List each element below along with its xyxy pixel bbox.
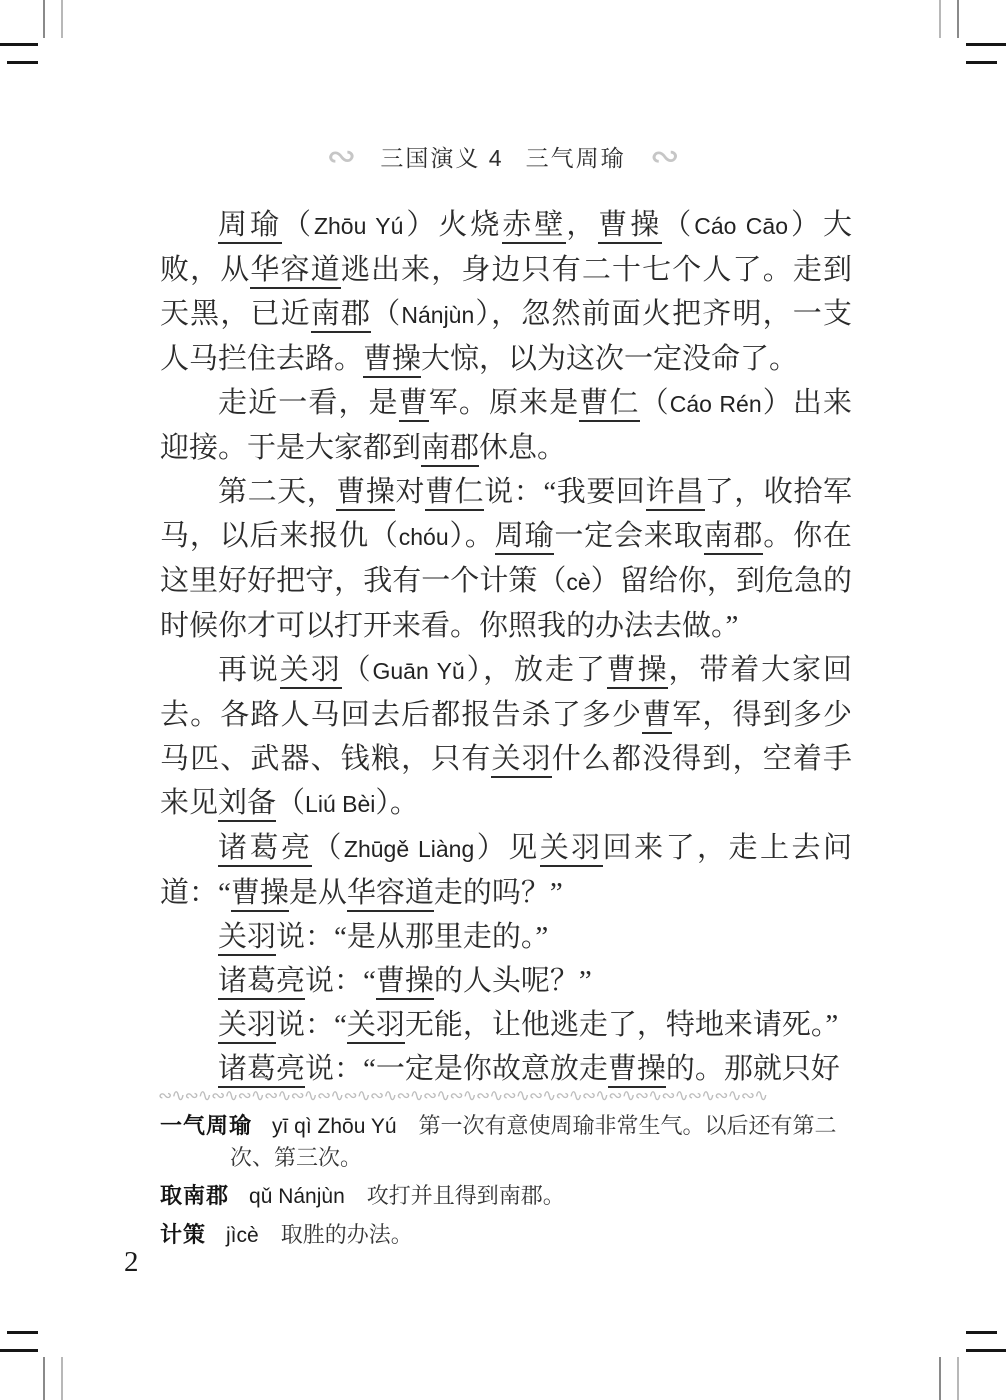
crop-mark-top-right-v1 (939, 0, 941, 38)
proper-noun: 周瑜 (218, 209, 282, 244)
body-run: 一定会来取 (554, 520, 703, 552)
proper-noun: 曹 (399, 387, 429, 422)
pinyin-text: Liú Bèi (305, 791, 375, 817)
pinyin-text: Cáo Cāo (694, 213, 788, 239)
proper-noun: 曹操 (607, 654, 669, 689)
vocab-term: 计策 (160, 1222, 206, 1247)
pinyin-text: Guān Yǔ (373, 658, 465, 684)
proper-noun: 关羽 (218, 921, 276, 956)
proper-noun: 关羽 (218, 1009, 276, 1044)
vocab-entry: 一气周瑜yī qì Zhōu Yú第一次有意使周瑜非常生气。以后还有第二次、第三… (160, 1110, 860, 1173)
pinyin-text: Zhōu Yú (314, 213, 404, 239)
crop-mark-bottom-right-h2 (966, 1349, 1006, 1352)
proper-noun: 曹操 (608, 1053, 666, 1088)
body-run: 说：“一定是你故意放走 (305, 1053, 608, 1085)
pinyin-text: Cáo Rén (670, 391, 762, 417)
proper-noun: 关羽 (540, 832, 603, 867)
body-run: 对 (395, 476, 425, 508)
proper-noun: 诸葛亮 (218, 832, 312, 867)
crop-mark-bottom-left-v2 (61, 1357, 63, 1400)
proper-noun: 南郡 (704, 520, 764, 555)
crop-mark-bottom-left-h1 (7, 1331, 38, 1334)
crop-mark-bottom-right-h1 (966, 1331, 997, 1334)
chapter-title: 三气周瑜 (526, 140, 626, 173)
body-run: ， (566, 209, 598, 241)
header-ornament-left-icon: ∾ (326, 147, 356, 167)
page-header: ∾ 三国演义 4 三气周瑜 ∾ (0, 140, 1006, 173)
crop-mark-top-right-h2 (966, 61, 997, 64)
proper-noun: 关羽 (347, 1009, 405, 1044)
proper-noun: 关羽 (280, 654, 342, 689)
vocab-definition: 攻打并且得到南郡。 (367, 1183, 565, 1208)
body-run: 说：“ (276, 1009, 347, 1041)
body-text: 周瑜（Zhōu Yú）火烧赤壁，曹操（Cáo Cāo）大败，从华容道逃出来，身边… (160, 203, 852, 1091)
proper-noun: 南郡 (421, 432, 479, 467)
body-run: 是从 (289, 877, 347, 909)
paragraph: 走近一看，是曹军。原来是曹仁（Cáo Rén）出来迎接。于是大家都到南郡休息。 (160, 381, 852, 470)
vocab-pinyin: jìcè (226, 1224, 259, 1247)
body-run: （Zhūgě Liàng）见 (312, 832, 539, 864)
crop-mark-bottom-left-h2 (0, 1349, 38, 1352)
proper-noun: 曹 (642, 699, 672, 734)
vocab-entry: 取南郡qǔ Nánjùn攻打并且得到南郡。 (160, 1180, 860, 1212)
paragraph: 关羽说：“关羽无能，让他逃走了，特地来请死。” (160, 1003, 852, 1047)
pinyin-text: Nánjùn (401, 302, 474, 328)
body-run: 休息。 (479, 432, 566, 464)
crop-mark-top-left-h2 (7, 61, 38, 64)
header-ornament-right-icon: ∾ (650, 147, 680, 167)
proper-noun: 华容道 (347, 877, 434, 912)
running-head-title: 三国演义 4 三气周瑜 (380, 140, 625, 173)
footnote-divider-ornament: ∾∿∾∿∾∿∾∿∾∿∾∿∾∿∾∿∾∿∾∿∾∿∾∿∾∿∾∿∾∿∾∿∾∿∾∿∾∿∾∿… (158, 1087, 854, 1105)
proper-noun: 刘备 (218, 787, 276, 822)
body-run: （Liú Bèi）。 (276, 787, 419, 819)
body-run: 大惊，以为这次一定没命了。 (421, 343, 798, 375)
vocab-pinyin: yī qì Zhōu Yú (272, 1115, 397, 1138)
crop-mark-bottom-right-v2 (957, 1357, 959, 1400)
book-page: ∾ 三国演义 4 三气周瑜 ∾ 周瑜（Zhōu Yú）火烧赤壁，曹操（Cáo C… (0, 0, 1006, 1400)
crop-mark-top-right-v2 (957, 0, 959, 38)
proper-noun: 许昌 (646, 476, 705, 511)
proper-noun: 赤壁 (502, 209, 566, 244)
vocab-definition: 取胜的办法。 (281, 1222, 413, 1247)
proper-noun: 曹操 (231, 877, 289, 912)
paragraph: 诸葛亮（Zhūgě Liàng）见关羽回来了，走上去问道：“曹操是从华容道走的吗… (160, 826, 852, 915)
body-run: 走的吗？” (434, 877, 563, 909)
paragraph: 诸葛亮说：“曹操的人头呢？” (160, 959, 852, 1003)
body-run: 的人头呢？” (434, 965, 592, 997)
paragraph: 关羽说：“是从那里走的。” (160, 915, 852, 959)
paragraph: 第二天，曹操对曹仁说：“我要回许昌了，收拾军马，以后来报仇（chóu）。周瑜一定… (160, 470, 852, 648)
proper-noun: 南郡 (311, 298, 371, 333)
proper-noun: 曹仁 (425, 476, 484, 511)
body-run: 说：“是从那里走的。” (276, 921, 548, 953)
proper-noun: 曹操 (598, 209, 662, 244)
proper-noun: 曹操 (363, 343, 421, 378)
proper-noun: 诸葛亮 (218, 965, 305, 1000)
book-title: 三国演义 4 (380, 140, 503, 173)
proper-noun: 曹操 (336, 476, 395, 511)
proper-noun: 诸葛亮 (218, 1053, 305, 1088)
body-run: 说：“ (305, 965, 376, 997)
vocab-pinyin: qǔ Nánjùn (249, 1185, 345, 1208)
pinyin-text: Zhūgě Liàng (344, 836, 474, 862)
body-run: 无能，让他逃走了，特地来请死。” (405, 1009, 838, 1041)
pinyin-text: chóu (399, 524, 449, 550)
proper-noun: 关羽 (491, 743, 551, 778)
crop-mark-top-left-v2 (61, 0, 63, 38)
crop-mark-top-left-h1 (0, 43, 38, 46)
body-run: 的。那就只好 (666, 1053, 840, 1085)
body-run: 走近一看，是 (218, 387, 399, 419)
body-run: 再说 (218, 654, 280, 686)
page-number: 2 (124, 1246, 139, 1279)
crop-mark-bottom-right-v1 (939, 1357, 941, 1400)
crop-mark-bottom-left-v1 (43, 1357, 45, 1400)
vocab-term: 取南郡 (160, 1183, 229, 1208)
proper-noun: 曹操 (376, 965, 434, 1000)
proper-noun: 周瑜 (495, 520, 555, 555)
body-run: 说：“我要回 (484, 476, 645, 508)
body-run: （Guān Yǔ），放走了 (342, 654, 607, 686)
paragraph: 再说关羽（Guān Yǔ），放走了曹操，带着大家回去。各路人马回去后都报告杀了多… (160, 648, 852, 826)
body-run: 第二天， (218, 476, 336, 508)
vocab-entry: 计策jìcè取胜的办法。 (160, 1219, 860, 1251)
body-run: （Zhōu Yú）火烧 (282, 209, 502, 241)
pinyin-text: cè (566, 569, 590, 595)
vocab-section: 一气周瑜yī qì Zhōu Yú第一次有意使周瑜非常生气。以后还有第二次、第三… (160, 1110, 860, 1258)
body-run: 军。原来是 (429, 387, 580, 419)
crop-mark-top-right-h1 (966, 43, 1006, 46)
proper-noun: 华容道 (250, 254, 340, 289)
paragraph: 诸葛亮说：“一定是你故意放走曹操的。那就只好 (160, 1047, 852, 1091)
vocab-term: 一气周瑜 (160, 1113, 252, 1138)
paragraph: 周瑜（Zhōu Yú）火烧赤壁，曹操（Cáo Cāo）大败，从华容道逃出来，身边… (160, 203, 852, 381)
proper-noun: 曹仁 (579, 387, 639, 422)
crop-mark-top-left-v1 (43, 0, 45, 38)
